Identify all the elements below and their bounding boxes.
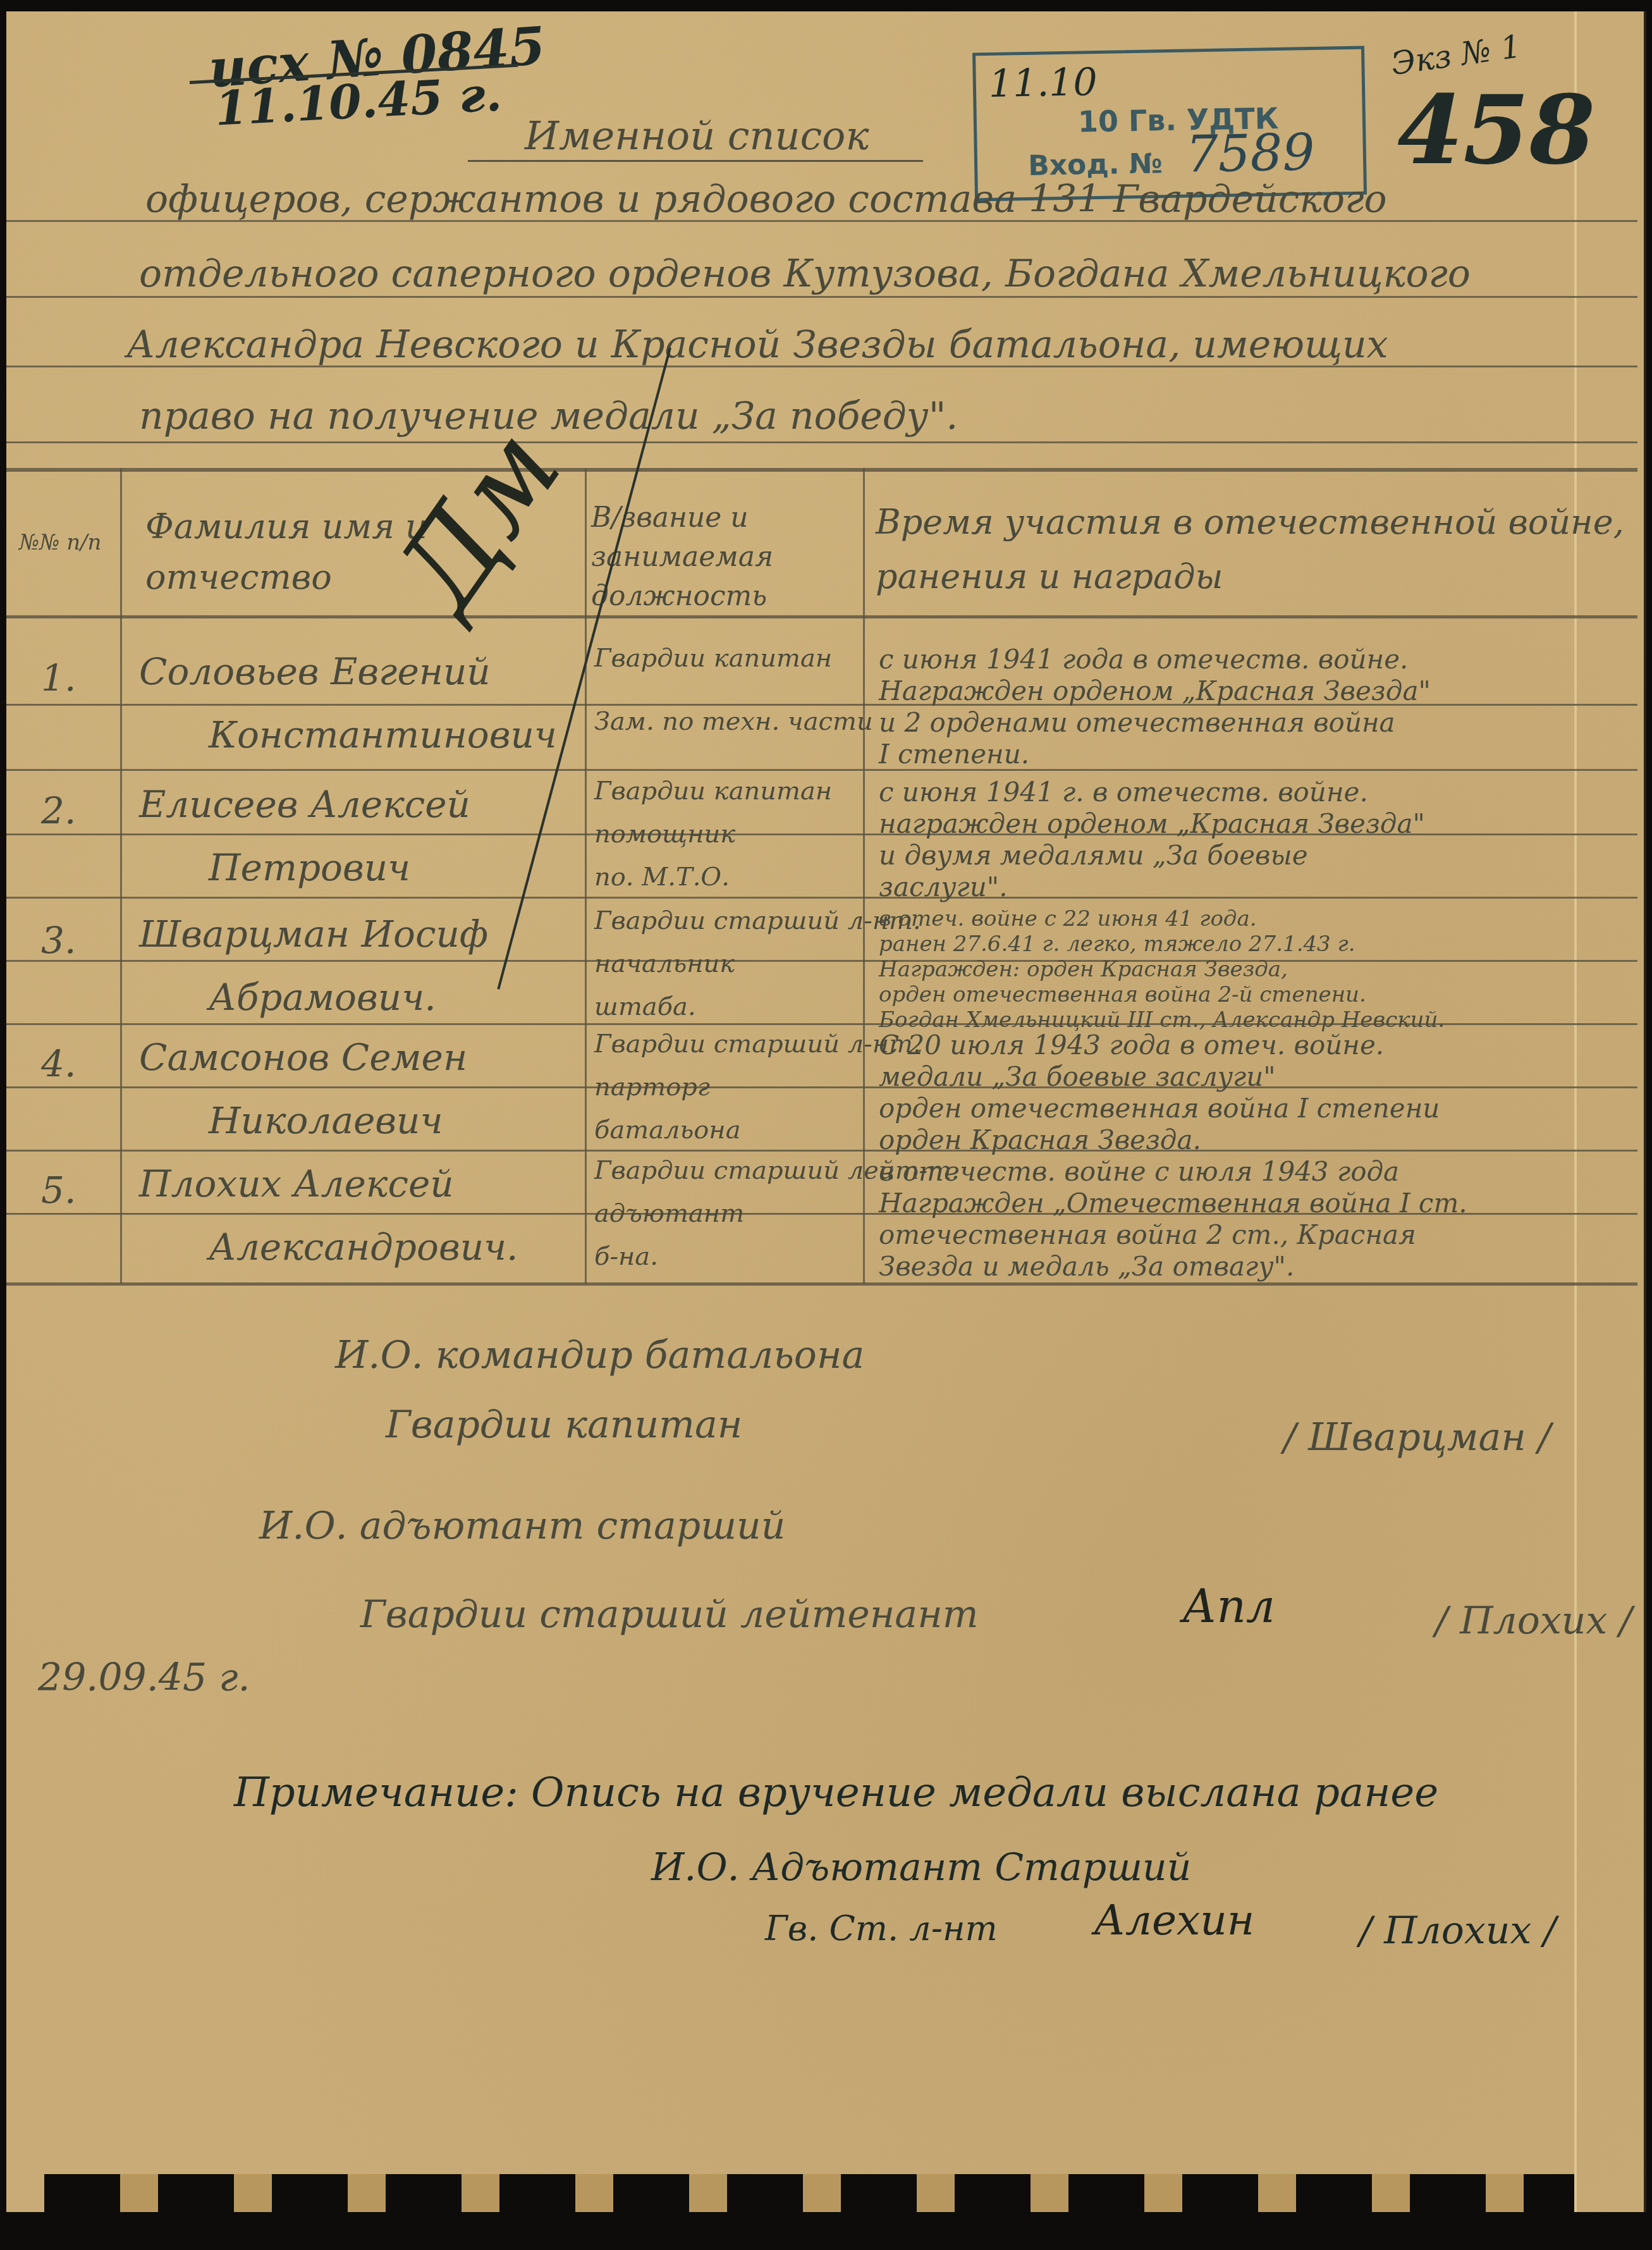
row-service: Награжден „Отечественная война I ст. [879, 1188, 1467, 1219]
row-name: Елисеев Алексей [139, 783, 470, 826]
row-name: Шварцман Иосиф [139, 913, 488, 956]
row-line [6, 769, 1637, 771]
row-service: I степени. [879, 739, 1029, 770]
row-service: медали „За боевые заслуги" [879, 1061, 1276, 1092]
commander-name: / Шварцман / [1283, 1415, 1551, 1460]
row-rank: б-на. [594, 1242, 658, 1271]
commander-title-1: И.О. командир батальона [335, 1333, 864, 1377]
row-number: 2. [41, 789, 76, 832]
row-rank: батальона [594, 1116, 741, 1145]
intro-line-2: отдельного саперного орденов Кутузова, Б… [139, 252, 1471, 296]
row-name: Константинович [209, 713, 557, 756]
note-signer-signature: Алехин [1094, 1896, 1254, 1945]
row-rank: Гвардии капитан [594, 644, 832, 673]
intro-line-3: Александра Невского и Красной Звезды бат… [126, 323, 1388, 367]
col-header-service: Время участия в отечественной войне, ран… [876, 495, 1628, 604]
row-name: Самсонов Семен [139, 1036, 467, 1079]
document-title: Именной список [525, 113, 869, 159]
row-service: Награжден: орден Красная Звезда, [879, 957, 1288, 982]
note-text: Примечание: Опись на вручение медали выс… [234, 1769, 1438, 1816]
row-rank: штаба. [594, 992, 696, 1021]
col-divider [585, 468, 587, 1284]
note-signer-title-1: И.О. Адъютант Старший [651, 1845, 1191, 1890]
row-service: С 20 июля 1943 года в отеч. войне. [879, 1030, 1384, 1060]
row-service: ранен 27.6.41 г. легко, тяжело 27.1.43 г… [879, 931, 1355, 957]
row-rank: Гвардии старший л-нт. [594, 906, 921, 935]
row-service: орден Красная Звезда. [879, 1124, 1201, 1155]
rule-line [6, 441, 1637, 443]
row-service: Богдан Хмельницкий III ст., Александр Не… [879, 1007, 1445, 1033]
document-sheet: исх № 0845 11.10.45 г. 11.10 10 Гв. УДТК… [6, 11, 1646, 2212]
intro-line-4: право на получение медали „За победу". [139, 394, 958, 438]
row-service: награжден орденом „Красная Звезда" [879, 808, 1425, 839]
row-line [6, 1086, 1637, 1088]
row-number: 5. [41, 1169, 76, 1212]
rule-line [6, 296, 1637, 298]
commander-title-2: Гвардии капитан [386, 1403, 742, 1447]
col-header-rank: В/звание и занимаемая должность [591, 498, 857, 616]
row-number: 1. [41, 656, 76, 699]
adjutant-signature: Апл [1182, 1580, 1275, 1633]
row-service: в отечеств. войне с июля 1943 года [879, 1156, 1399, 1187]
adjutant-title-1: И.О. адъютант старший [259, 1504, 785, 1548]
row-service: орден отечественная война I степени [879, 1093, 1440, 1124]
row-rank: Зам. по техн. части [594, 707, 873, 736]
note-signer-title-2: Гв. Ст. л-нт [765, 1909, 998, 1948]
row-name: Соловьев Евгений [139, 650, 491, 693]
row-service: Награжден орденом „Красная Звезда" [879, 675, 1431, 706]
stamp-date: 11.10 [988, 60, 1098, 106]
row-line [6, 960, 1637, 962]
col-header-num: №№ п/п [19, 530, 114, 555]
row-service: заслуги". [879, 871, 1008, 902]
row-name: Николаевич [209, 1099, 443, 1142]
row-rank: помощник [594, 820, 735, 849]
row-rank: адъютант [594, 1199, 744, 1228]
row-service: и 2 орденами отечественная война [879, 707, 1395, 738]
row-service: в отеч. войне с 22 июня 41 года. [879, 906, 1257, 931]
row-name: Абрамович. [209, 976, 436, 1019]
row-rank: начальник [594, 949, 735, 978]
row-name: Александрович. [209, 1226, 518, 1269]
row-service: с июня 1941 года в отечеств. войне. [879, 644, 1408, 675]
row-service: Звезда и медаль „За отвагу". [879, 1251, 1294, 1282]
intro-line-1: офицеров, сержантов и рядового состава 1… [145, 177, 1387, 221]
row-name: Плохих Алексей [139, 1162, 454, 1205]
row-rank: парторг [594, 1073, 710, 1102]
row-service: отечественная война 2 ст., Красная [879, 1219, 1416, 1250]
row-service: орден отечественная война 2-й степени. [879, 982, 1366, 1007]
signature-date: 29.09.45 г. [38, 1656, 250, 1700]
adjutant-name: / Плохих / [1435, 1599, 1632, 1643]
row-rank: Гвардии старший л-нт. [594, 1030, 921, 1059]
row-service: и двумя медалями „За боевые [879, 840, 1308, 871]
stamp-incoming-number: 7589 [1185, 123, 1315, 184]
row-name: Петрович [209, 846, 410, 889]
row-line [6, 1150, 1637, 1152]
title-underline [468, 160, 923, 162]
row-number: 3. [41, 919, 76, 962]
torn-bottom-edge [44, 2174, 1574, 2212]
table-top-border [6, 468, 1637, 472]
row-line [6, 897, 1637, 899]
row-number: 4. [41, 1042, 76, 1085]
row-service: с июня 1941 г. в отечеств. войне. [879, 777, 1368, 808]
row-rank: по. М.Т.О. [594, 863, 730, 892]
row-rank: Гвардии капитан [594, 777, 832, 806]
table-bottom-border [6, 1282, 1637, 1286]
paper-fold [1574, 11, 1577, 2212]
col-divider [120, 468, 122, 1284]
sheet-number: 458 [1397, 75, 1595, 186]
adjutant-title-2: Гвардии старший лейтенант [360, 1592, 979, 1637]
note-signer-name: / Плохих / [1359, 1909, 1557, 1953]
